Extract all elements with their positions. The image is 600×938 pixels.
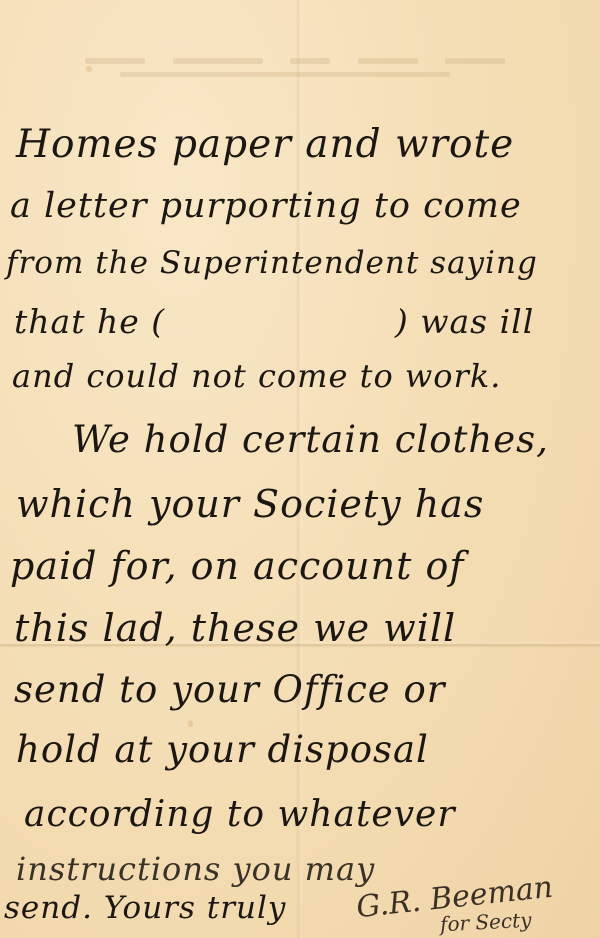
letter-line-2: a letter purporting to come bbox=[10, 186, 522, 226]
signature-title: for Secty bbox=[439, 908, 532, 937]
faded-letterhead bbox=[85, 58, 505, 98]
letter-line-8: paid for, on account of bbox=[10, 544, 464, 588]
letter-line-14: send. Yours truly bbox=[4, 890, 286, 926]
letter-line-6: We hold certain clothes, bbox=[72, 418, 549, 461]
letter-line-11: hold at your disposal bbox=[16, 728, 429, 771]
letter-line-3: from the Superintendent saying bbox=[6, 245, 538, 281]
letter-line-1: Homes paper and wrote bbox=[16, 122, 514, 167]
letter-line-9: this lad, these we will bbox=[14, 606, 456, 650]
letter-page: Homes paper and wrote a letter purportin… bbox=[0, 0, 600, 938]
letter-line-10: send to your Office or bbox=[14, 668, 445, 711]
paper-stain bbox=[86, 66, 92, 72]
paper-stain bbox=[188, 720, 193, 727]
letter-line-5: and could not come to work. bbox=[12, 357, 501, 395]
letter-line-4: that he ( ) was ill bbox=[14, 302, 534, 341]
letter-line-13: instructions you may bbox=[16, 850, 375, 888]
letter-line-12: according to whatever bbox=[24, 794, 456, 835]
letter-line-7: which your Society has bbox=[16, 482, 484, 526]
